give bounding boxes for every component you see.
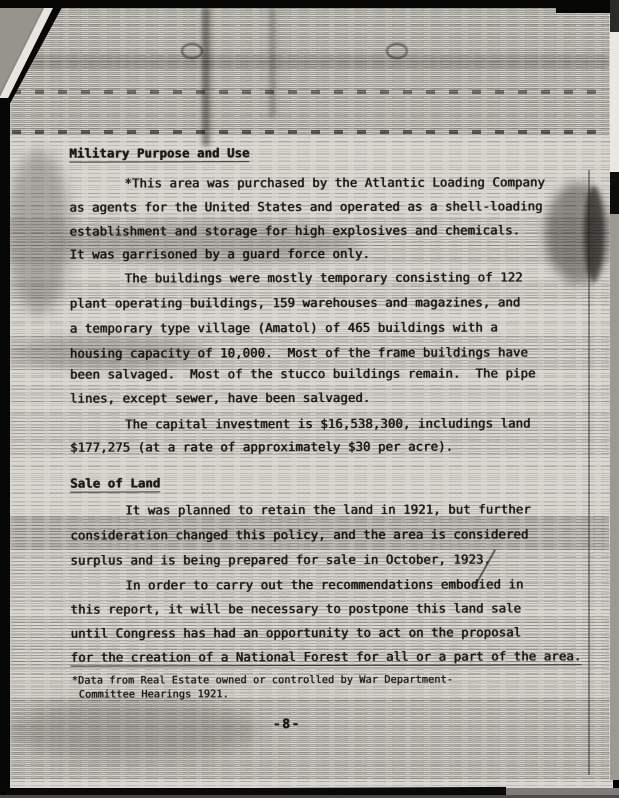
section-heading-sale-of-land: Sale of Land bbox=[70, 476, 160, 490]
typed-content: Military Purpose and Use *This area was … bbox=[0, 0, 619, 798]
typed-line: establishment and storage for high explo… bbox=[70, 223, 521, 238]
page-number: -8- bbox=[273, 718, 301, 732]
typed-line: $177,275 (at a rate of approximately $30… bbox=[70, 440, 453, 455]
page-edge-line bbox=[588, 170, 590, 775]
scan-edge-right-gray bbox=[610, 214, 619, 780]
typed-line: as agents for the United States and oper… bbox=[69, 199, 542, 214]
footnote-line: Committee Hearings 1921. bbox=[79, 687, 229, 701]
typed-line: until Congress has had an opportunity to… bbox=[71, 625, 522, 640]
footnote-line: *Data from Real Estate owned or controll… bbox=[72, 673, 453, 688]
typed-line: In order to carry out the recommendation… bbox=[125, 577, 523, 592]
typed-line: The capital investment is $16,538,300, i… bbox=[125, 416, 531, 431]
binder-ring-mark bbox=[386, 43, 408, 59]
typed-line: a temporary type village (Amatol) of 465… bbox=[70, 321, 498, 336]
scanner-border-left bbox=[0, 98, 10, 792]
section-heading-military-purpose: Military Purpose and Use bbox=[69, 146, 249, 160]
typed-line: *This area was purchased by the Atlantic… bbox=[124, 175, 545, 190]
scan-edge-right-top bbox=[610, 0, 619, 32]
typed-line: It was garrisoned by a guard force only. bbox=[70, 247, 370, 262]
typed-line: The buildings were mostly temporary cons… bbox=[125, 270, 523, 285]
typed-line: this report, it will be necessary to pos… bbox=[71, 601, 522, 616]
scan-edge-right-dark-block bbox=[610, 172, 619, 214]
heading-text: Military Purpose and Use bbox=[69, 145, 249, 162]
heading-text: Sale of Land bbox=[70, 475, 160, 492]
scanner-border-bottom-right bbox=[506, 788, 619, 795]
typed-line: lines, except sewer, have been salvaged. bbox=[70, 391, 370, 406]
typed-line: It was planned to retain the land in 192… bbox=[125, 502, 531, 517]
binder-ring-mark bbox=[181, 43, 203, 59]
dashed-scan-row bbox=[12, 90, 603, 94]
typed-line: been salvaged. Most of the stucco buildi… bbox=[70, 366, 536, 381]
scan-edge-right-light-strip bbox=[610, 32, 619, 172]
scanner-border-top bbox=[0, 0, 619, 8]
typed-line: consideration changed this policy, and t… bbox=[70, 527, 528, 542]
typed-line: housing capacity of 10,000. Most of the … bbox=[70, 345, 528, 360]
typed-line-underlined: for the creation of a National Forest fo… bbox=[71, 649, 582, 666]
scanned-document-page: Military Purpose and Use *This area was … bbox=[0, 0, 619, 798]
typed-line: plant operating buildings, 159 warehouse… bbox=[70, 295, 521, 310]
dashed-scan-row bbox=[12, 130, 603, 134]
typed-line: surplus and is being prepared for sale i… bbox=[70, 553, 491, 568]
